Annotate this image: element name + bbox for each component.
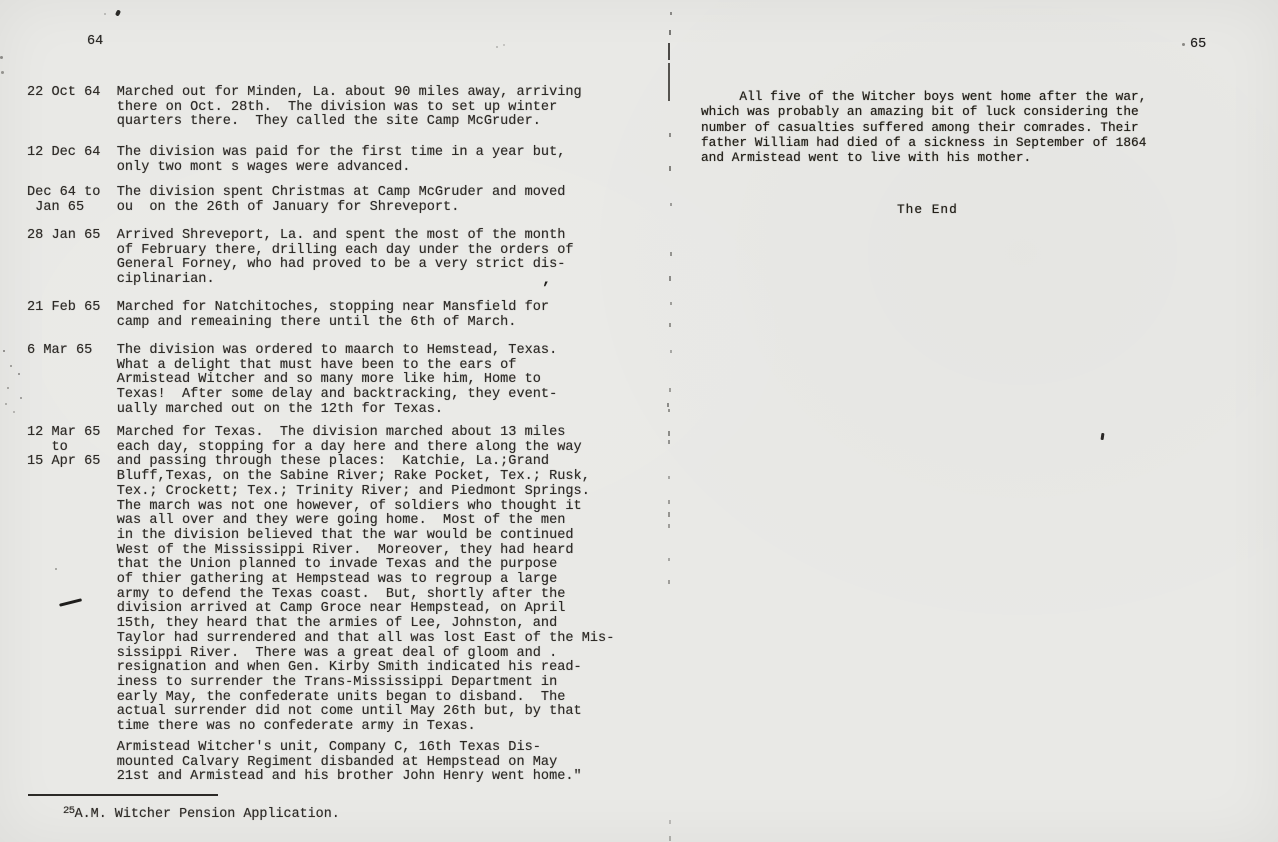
fold-line-segment — [669, 276, 671, 281]
ink-speck — [1182, 43, 1185, 46]
fold-line-segment — [670, 350, 672, 353]
ink-speck — [496, 46, 498, 48]
ink-speck — [20, 397, 22, 399]
fold-line-segment — [668, 440, 670, 444]
fold-line-segment — [668, 43, 670, 60]
timeline-entry-28-jan-65: 28 Jan 65 Arrived Shreveport, La. and sp… — [27, 229, 574, 288]
fold-line-segment — [668, 580, 670, 584]
timeline-entry-dec-64-to-jan-65: Dec 64 to The division spent Christmas a… — [27, 186, 565, 215]
fold-line-segment — [670, 203, 672, 206]
footnote: 25A.M. Witcher Pension Application. — [63, 805, 340, 822]
ink-speck — [10, 365, 12, 367]
footnote-text: A.M. Witcher Pension Application. — [75, 807, 340, 822]
timeline-entry-12-mar-to-15-apr-65: 12 Mar 65 Marched for Texas. The divisio… — [27, 426, 614, 735]
footnote-number: 25 — [63, 805, 75, 817]
ink-speck — [104, 13, 106, 15]
ink-speck — [5, 403, 7, 405]
timeline-entry-22-oct-64: 22 Oct 64 Marched out for Minden, La. ab… — [27, 86, 582, 130]
fold-line-segment — [668, 431, 670, 436]
ink-speck — [18, 373, 20, 375]
timeline-entry-12-dec-64: 12 Dec 64 The division was paid for the … — [27, 146, 565, 175]
scanned-document: 64 22 Oct 64 Marched out for Minden, La.… — [0, 0, 1278, 842]
fold-line-segment — [668, 409, 670, 412]
ink-speck — [503, 44, 505, 46]
the-end-label: The End — [897, 202, 958, 217]
page-number-65: 65 — [1190, 37, 1206, 52]
fold-line-segment — [670, 252, 672, 256]
fold-line-segment — [668, 476, 670, 479]
fold-line-segment — [670, 302, 672, 305]
fold-line-segment — [670, 12, 672, 15]
footnote-divider-rule — [28, 794, 218, 796]
ink-speck — [3, 350, 5, 352]
ink-speck — [55, 568, 57, 570]
fold-line-segment — [669, 30, 671, 35]
ink-comma-mark: ’ — [541, 285, 545, 293]
epilogue-paragraph: All five of the Witcher boys went home a… — [701, 89, 1146, 165]
fold-line-segment — [669, 836, 671, 841]
fold-line-segment — [669, 323, 671, 327]
fold-line-segment — [667, 403, 669, 407]
fold-line-segment — [668, 558, 670, 561]
fold-line-segment — [669, 166, 671, 171]
ink-speck — [1, 71, 4, 74]
fold-line-segment — [669, 388, 671, 392]
ink-speck — [0, 56, 3, 59]
timeline-entry-6-mar-65: 6 Mar 65 The division was ordered to maa… — [27, 344, 557, 418]
fold-line-segment — [669, 820, 671, 824]
timeline-entry-21-feb-65: 21 Feb 65 Marched for Natchitoches, stop… — [27, 301, 549, 330]
ink-speck — [13, 411, 15, 413]
fold-line-segment — [668, 524, 670, 528]
closing-paragraph-witcher-unit: Armistead Witcher's unit, Company C, 16t… — [27, 741, 582, 785]
fold-line-segment — [668, 63, 670, 101]
ink-speck — [1101, 433, 1105, 440]
page-number-64: 64 — [87, 34, 103, 49]
ink-speck — [115, 9, 121, 16]
fold-line-segment — [668, 512, 670, 517]
ink-speck — [7, 387, 9, 389]
fold-line-segment — [668, 500, 670, 504]
fold-line-segment — [669, 133, 671, 137]
